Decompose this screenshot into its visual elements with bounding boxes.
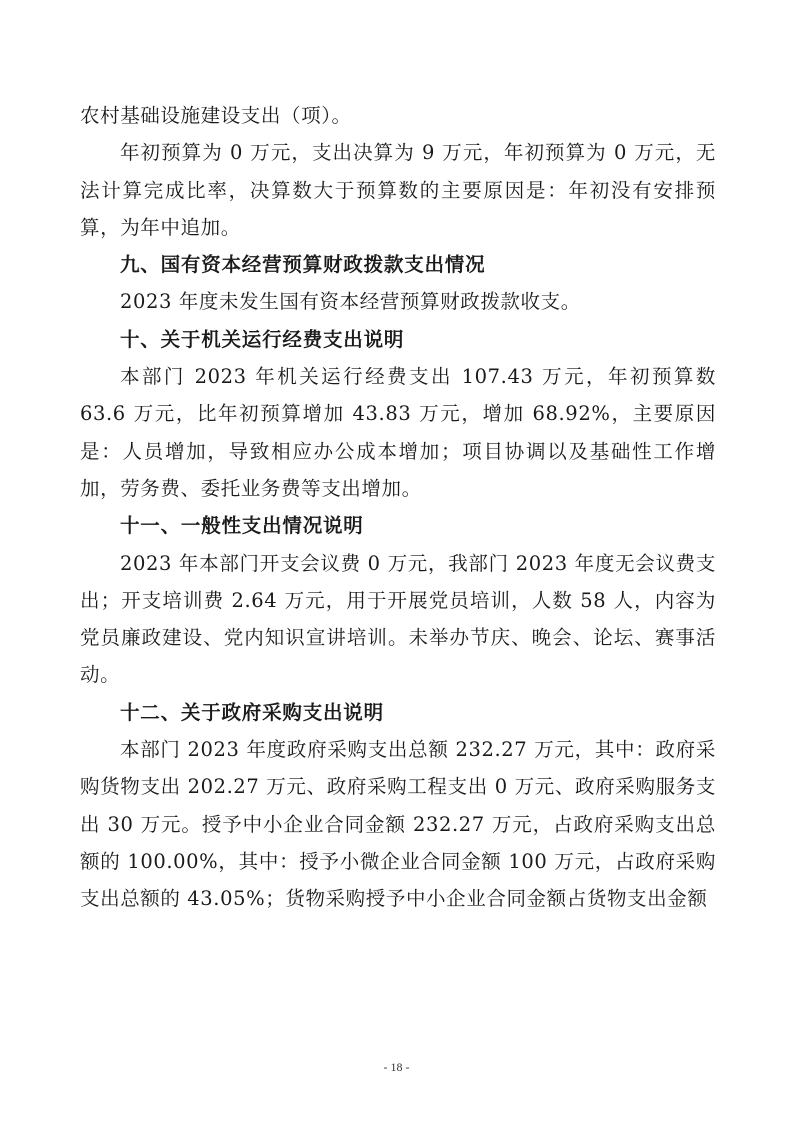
paragraph-state-capital: 2023 年度未发生国有资本经营预算财政拨款收支。: [80, 283, 716, 320]
section-heading-11: 十一、一般性支出情况说明: [80, 507, 716, 544]
page-number: - 18 -: [0, 1060, 793, 1075]
paragraph-procurement: 本部门 2023 年度政府采购支出总额 232.27 万元，其中：政府采购货物支…: [80, 731, 716, 917]
paragraph-general-expenses: 2023 年本部门开支会议费 0 万元，我部门 2023 年度无会议费支出；开支…: [80, 545, 716, 694]
paragraph-budget-explanation: 年初预算为 0 万元，支出决算为 9 万元，年初预算为 0 万元，无法计算完成比…: [80, 134, 716, 246]
section-heading-10: 十、关于机关运行经费支出说明: [80, 321, 716, 358]
section-heading-12: 十二、关于政府采购支出说明: [80, 694, 716, 731]
document-body: 农村基础设施建设支出（项）。 年初预算为 0 万元，支出决算为 9 万元，年初预…: [80, 97, 716, 918]
paragraph-operating-expenses: 本部门 2023 年机关运行经费支出 107.43 万元，年初预算数 63.6 …: [80, 358, 716, 507]
section-heading-9: 九、国有资本经营预算财政拨款支出情况: [80, 246, 716, 283]
paragraph-rural-infrastructure-item: 农村基础设施建设支出（项）。: [80, 97, 716, 134]
